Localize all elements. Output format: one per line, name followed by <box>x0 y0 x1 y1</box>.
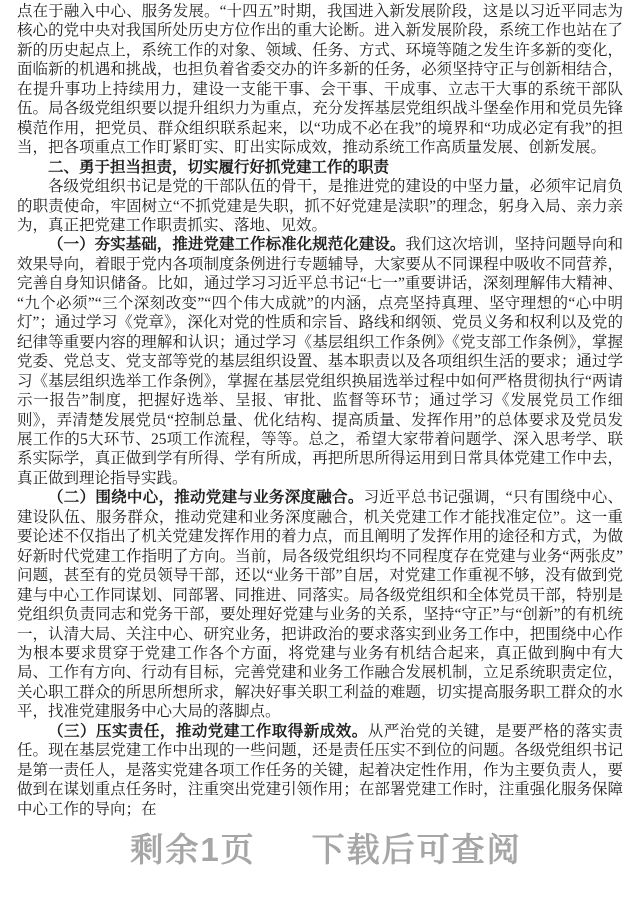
paragraph-lead: （三）压实责任，推动党建工作取得新成效。 <box>48 723 368 740</box>
paragraph: 点在于融入中心、服务发展。“十四五”时期，我国进入新发展阶段，这是以习近平同志为… <box>17 2 623 158</box>
document-page: 点在于融入中心、服务发展。“十四五”时期，我国进入新发展阶段，这是以习近平同志为… <box>0 0 640 911</box>
paragraph: （二）围绕中心，推动党建与业务深度融合。习近平总书记强调，“只有围绕中心、建设队… <box>17 488 623 721</box>
paragraph-text: 习近平总书记强调，“只有围绕中心、建设队伍、服务群众，推动党建和业务深度融合，机… <box>17 489 623 720</box>
section-heading: 二、勇于担当担责，切实履行好抓党建工作的职责 <box>17 158 623 177</box>
paragraph-lead: （二）围绕中心，推动党建与业务深度融合。 <box>48 489 364 506</box>
paragraph-lead: （一）夯实基础，推进党建工作标准化规范化建设。 <box>48 236 405 253</box>
paragraph: （三）压实责任，推动党建工作取得新成效。从严治党的关键，是要严格的落实责任。现在… <box>17 722 623 819</box>
paragraph: （一）夯实基础，推进党建工作标准化规范化建设。我们这次培训，坚持问题导向和效果导… <box>17 235 623 488</box>
remaining-pages-watermark: 剩余1页下载后可查阅 <box>0 832 640 868</box>
download-to-view-label: 下载后可查阅 <box>312 831 522 868</box>
paragraph: 各级党组织书记是党的干部队伍的骨干，是推进党的建设的中坚力量，必须牢记肩负的职责… <box>17 177 623 235</box>
remaining-pages-label: 剩余1页 <box>130 831 255 868</box>
paragraph-text: 我们这次培训，坚持问题导向和效果导向，着眼于党内各项制度条例进行专题辅导，大家要… <box>17 236 623 486</box>
document-body: 点在于融入中心、服务发展。“十四五”时期，我国进入新发展阶段，这是以习近平同志为… <box>17 2 623 819</box>
